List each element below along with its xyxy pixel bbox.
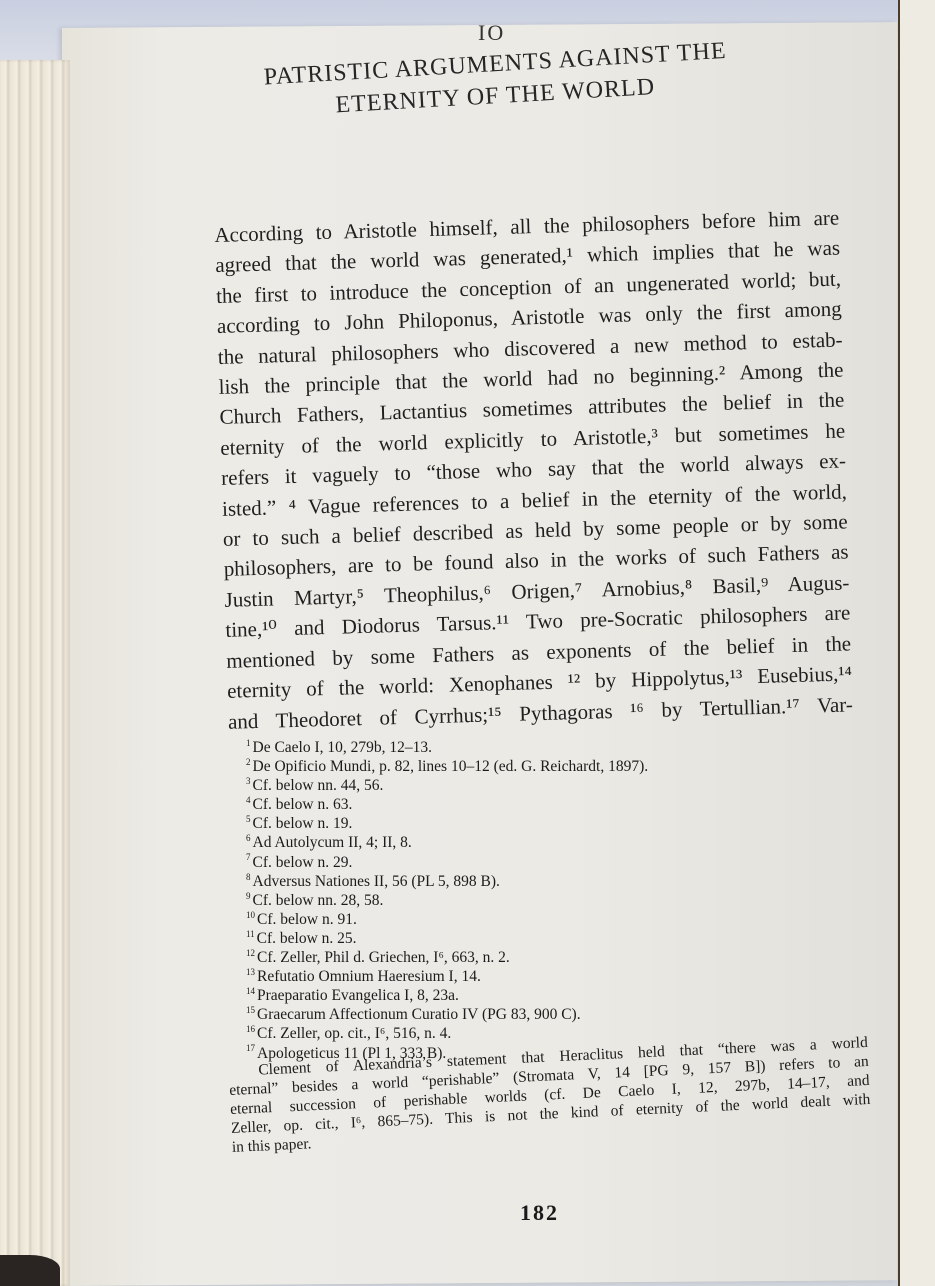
footnote: 12Cf. Zeller, Phil d. Griechen, I⁶, 663,… (246, 948, 806, 967)
footnote: 7Cf. below n. 29. (246, 853, 806, 872)
footnote-number: 4 (246, 795, 251, 805)
footnote-number: 10 (246, 910, 255, 920)
footnote-number: 11 (246, 929, 255, 939)
body-paragraph: According to Aristotle himself, all the … (214, 203, 853, 737)
footnote-text: Cf. below n. 29. (253, 854, 353, 871)
footnote: 13Refutatio Omnium Haeresium I, 14. (246, 967, 806, 986)
footnote-text: Ad Autolycum II, 4; II, 8. (253, 834, 412, 851)
book-cover-corner (0, 1255, 60, 1286)
footnote-text: Cf. below n. 19. (253, 815, 353, 832)
chapter-number: IO (478, 20, 505, 46)
footnote-number: 5 (246, 814, 251, 824)
footnote: 1De Caelo I, 10, 279b, 12–13. (246, 738, 806, 757)
footnote-text: Cf. below n. 63. (253, 796, 353, 813)
footnote-text: De Caelo I, 10, 279b, 12–13. (253, 739, 433, 756)
footnote-text: Adversus Nationes II, 56 (PL 5, 898 B). (253, 873, 500, 890)
footnote: 10Cf. below n. 91. (246, 910, 806, 929)
footnote-text: Cf. Zeller, Phil d. Griechen, I⁶, 663, n… (257, 949, 510, 966)
footnote-number: 15 (246, 1005, 255, 1015)
footnote-text: Praeparatio Evangelica I, 8, 23a. (257, 987, 459, 1004)
footnote-text: Cf. Zeller, op. cit., I⁶, 516, n. 4. (257, 1025, 451, 1042)
footnote: 8Adversus Nationes II, 56 (PL 5, 898 B). (246, 872, 806, 891)
footnotes: 1De Caelo I, 10, 279b, 12–13. 2De Opific… (246, 738, 806, 1063)
footnote: 4Cf. below n. 63. (246, 795, 806, 814)
footnote: 5Cf. below n. 19. (246, 814, 806, 833)
footnote-text: Refutatio Omnium Haeresium I, 14. (257, 968, 481, 985)
footnote-number: 8 (246, 872, 251, 882)
facing-page-edge (898, 0, 935, 1286)
footnote-number: 1 (246, 738, 251, 748)
footnote-number: 9 (246, 891, 251, 901)
footnote-number: 3 (246, 776, 251, 786)
footnote: 6Ad Autolycum II, 4; II, 8. (246, 833, 806, 852)
footnote: 2De Opificio Mundi, p. 82, lines 10–12 (… (246, 757, 806, 776)
footnote-text: Graecarum Affectionum Curatio IV (PG 83,… (257, 1006, 581, 1023)
footnote-number: 14 (246, 986, 255, 996)
footnote-number: 12 (246, 948, 255, 958)
footnote-number: 16 (246, 1024, 255, 1034)
page-stack-edges (0, 60, 70, 1286)
footnote: 3Cf. below nn. 44, 56. (246, 776, 806, 795)
footnote-text: De Opificio Mundi, p. 82, lines 10–12 (e… (253, 758, 649, 775)
footnote: 11Cf. below n. 25. (246, 929, 806, 948)
footnote: 15Graecarum Affectionum Curatio IV (PG 8… (246, 1005, 806, 1024)
footnote-text: Cf. below nn. 44, 56. (253, 777, 384, 794)
footnote: 14Praeparatio Evangelica I, 8, 23a. (246, 986, 806, 1005)
footnote-number: 6 (246, 833, 251, 843)
footnote-text: Cf. below nn. 28, 58. (253, 892, 384, 909)
page-number: 182 (520, 1200, 559, 1226)
footnote-text: Cf. below n. 25. (257, 930, 357, 947)
footnote-number: 2 (246, 757, 251, 767)
footnote-number: 13 (246, 967, 255, 977)
footnote-number: 17 (246, 1043, 255, 1053)
footnote-number: 7 (246, 852, 251, 862)
footnote: 9Cf. below nn. 28, 58. (246, 891, 806, 910)
footnote-text: Cf. below n. 91. (257, 911, 357, 928)
